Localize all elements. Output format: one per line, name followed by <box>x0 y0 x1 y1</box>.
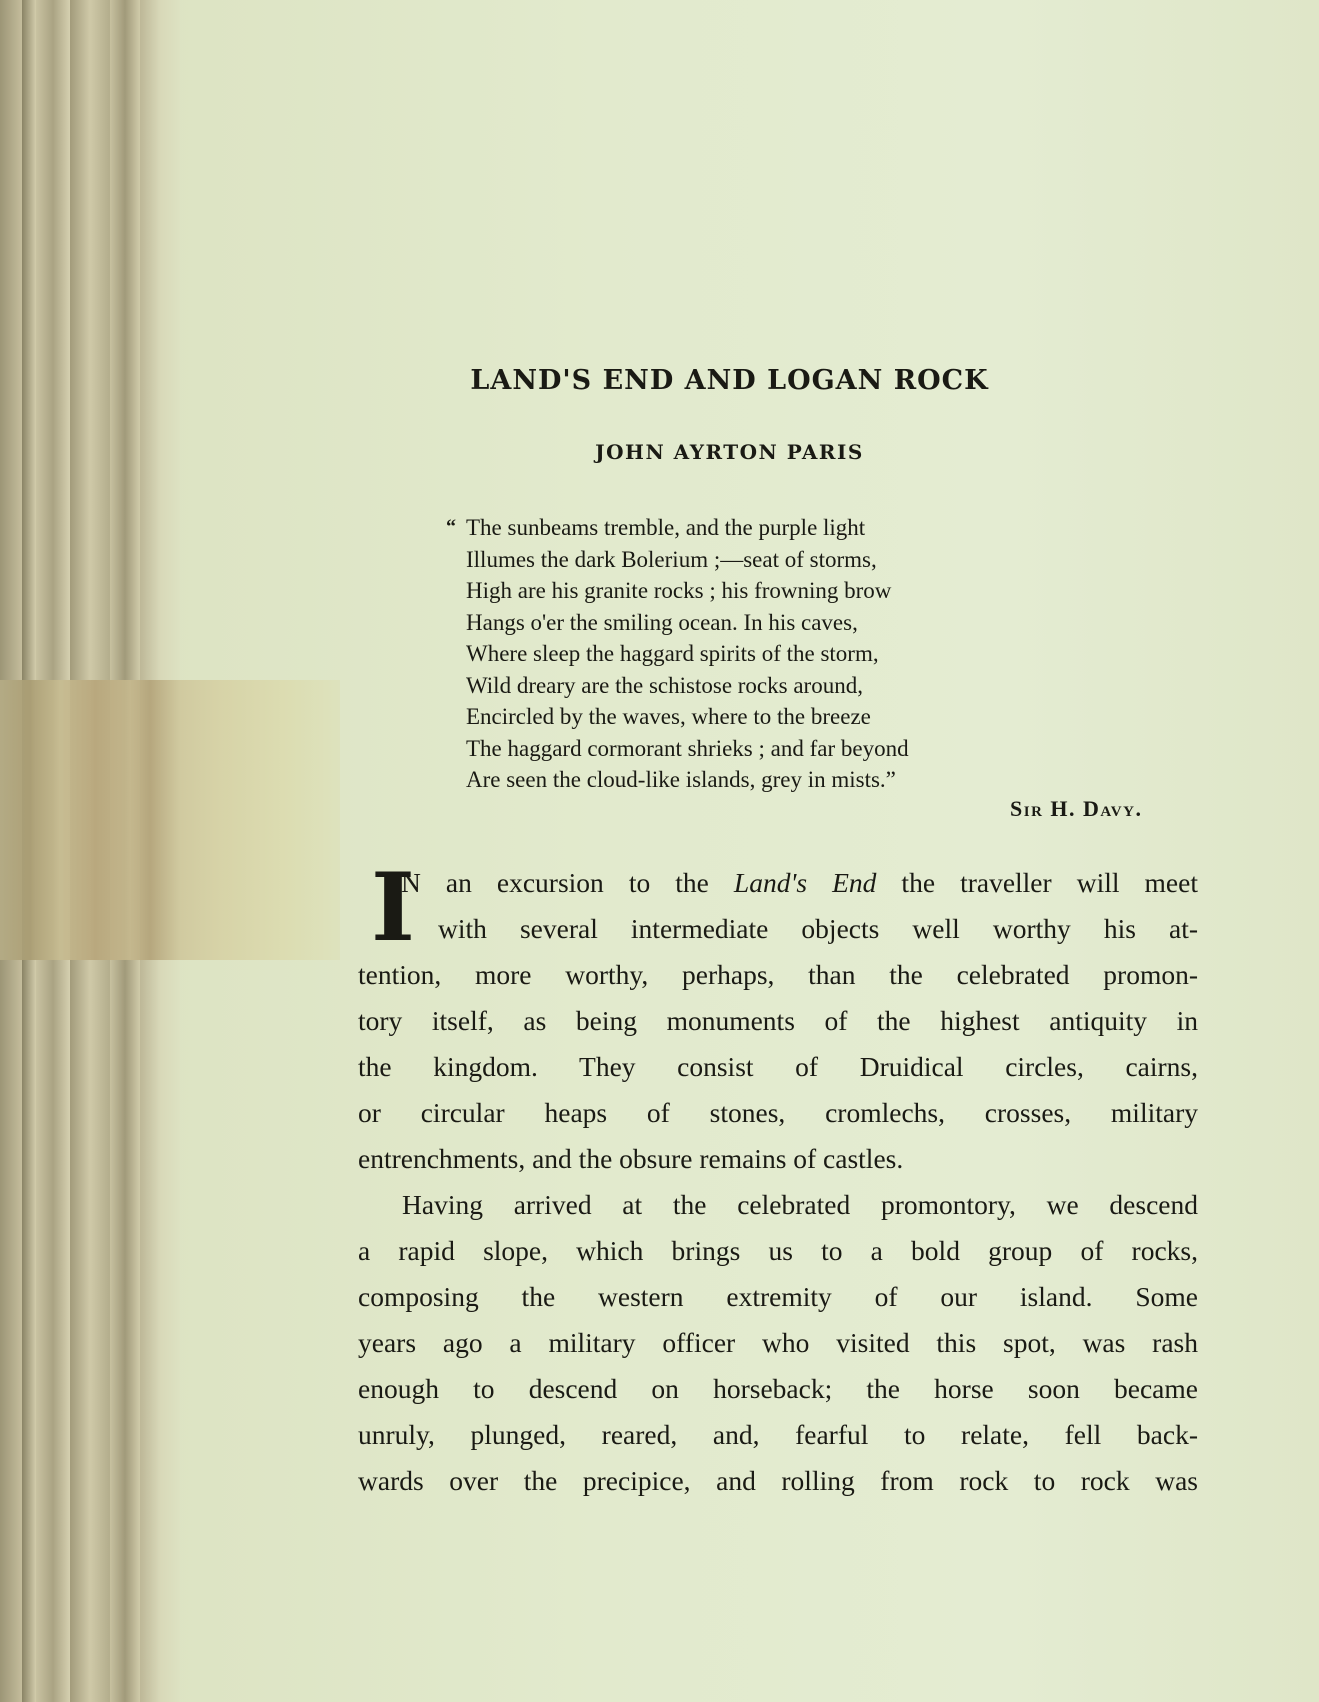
epigraph-attribution: Sir H. Davy. <box>1010 796 1142 822</box>
text-run: N an excursion to the <box>401 867 734 898</box>
paragraph-2: Having arrived at the celebrated promont… <box>358 1182 1198 1504</box>
text-line: unruly, plunged, reared, and, fearful to… <box>358 1412 1198 1458</box>
poem-line: Are seen the cloud-like islands, grey in… <box>466 764 909 796</box>
paragraph-1: N an excursion to the Land's End the tra… <box>358 860 1198 1182</box>
poem-line: Illumes the dark Bolerium ;—seat of stor… <box>466 544 909 576</box>
italic-place-name: Land's End <box>734 867 876 898</box>
text-line: tory itself, as being monuments of the h… <box>358 998 1198 1044</box>
text-line: years ago a military officer who visited… <box>358 1320 1198 1366</box>
text-line: with several intermediate objects well w… <box>358 906 1198 952</box>
text-line: Having arrived at the celebrated promont… <box>358 1182 1198 1228</box>
text-line: N an excursion to the Land's End the tra… <box>358 860 1198 906</box>
text-line: entrenchments, and the obsure remains of… <box>358 1136 1198 1182</box>
book-page: LAND'S END AND LOGAN ROCK JOHN AYRTON PA… <box>0 0 1319 1702</box>
open-quote: “ <box>446 512 456 544</box>
poem-line: High are his granite rocks ; his frownin… <box>466 575 909 607</box>
chapter-author: JOHN AYRTON PARIS <box>0 440 1319 464</box>
text-line: tention, more worthy, perhaps, than the … <box>358 952 1198 998</box>
body-text: N an excursion to the Land's End the tra… <box>358 860 1198 1504</box>
text-run: the traveller will meet <box>876 867 1198 898</box>
poem-line: Hangs o'er the smiling ocean. In his cav… <box>466 607 909 639</box>
poem-line: Encircled by the waves, where to the bre… <box>466 701 909 733</box>
epigraph-poem: “ The sunbeams tremble, and the purple l… <box>466 512 909 796</box>
text-line: wards over the precipice, and rolling fr… <box>358 1458 1198 1504</box>
poem-line: Where sleep the haggard spirits of the s… <box>466 638 909 670</box>
text-line: enough to descend on horseback; the hors… <box>358 1366 1198 1412</box>
text-line: a rapid slope, which brings us to a bold… <box>358 1228 1198 1274</box>
chapter-title: LAND'S END AND LOGAN ROCK <box>0 365 1319 396</box>
text-line: composing the western extremity of our i… <box>358 1274 1198 1320</box>
poem-line: The haggard cormorant shrieks ; and far … <box>466 733 909 765</box>
poem-line: The sunbeams tremble, and the purple lig… <box>466 512 909 544</box>
text-line: the kingdom. They consist of Druidical c… <box>358 1044 1198 1090</box>
text-line: or circular heaps of stones, cromlechs, … <box>358 1090 1198 1136</box>
poem-line: Wild dreary are the schistose rocks arou… <box>466 670 909 702</box>
scan-artifact-band <box>0 680 340 960</box>
